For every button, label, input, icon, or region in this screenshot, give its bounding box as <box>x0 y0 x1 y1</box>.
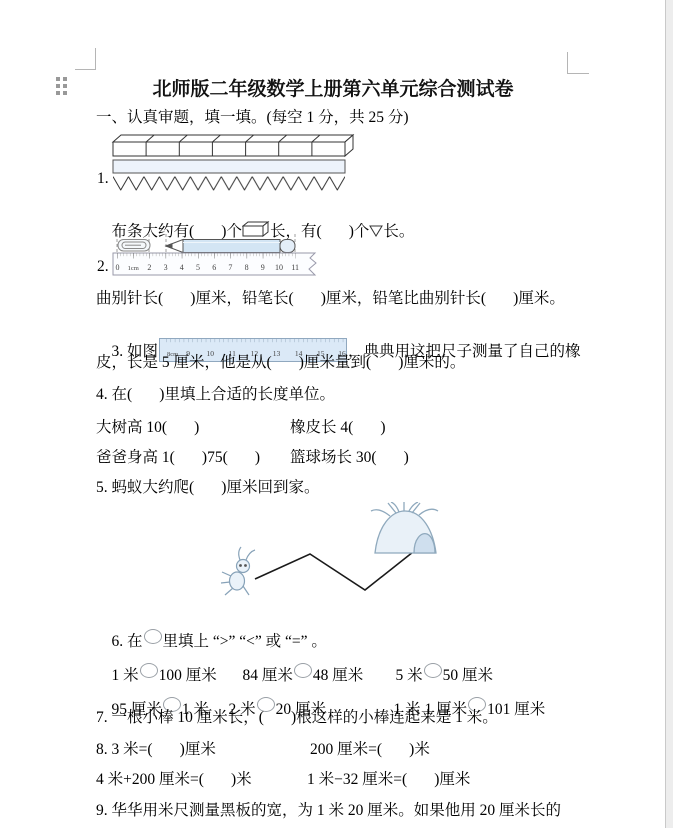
ant-icon <box>221 547 255 595</box>
bricks-strip-triangles-diagram <box>96 131 364 193</box>
ruler1-num: 7 <box>228 263 232 272</box>
ruler1-num: 8 <box>245 263 249 272</box>
q8-row2-col1: 4 米+200 厘米=( )米 <box>96 769 252 791</box>
q8-row2-col2: 1 米−32 厘米=( )厘米 <box>307 769 470 791</box>
triangle-row-icon <box>113 176 345 191</box>
ruler1-num: 11 <box>291 263 299 272</box>
cloth-strip-icon <box>113 160 345 173</box>
question-7-text: 7. 一根小棒 10 厘米长，( )根这样的小棒连起来是 1 米。 <box>96 707 498 729</box>
section-heading: 一、认真审题，填一填。(每空 1 分，共 25 分) <box>96 107 409 129</box>
nest-icon <box>371 502 438 553</box>
ruler-icon: 0 1cm 2 3 4 5 6 7 8 9 10 11 <box>113 253 316 275</box>
page-title: 北师版二年级数学上册第六单元综合测试卷 <box>0 74 666 101</box>
ruler1-num: 10 <box>275 263 283 272</box>
question-2-text: 曲别针长( )厘米，铅笔长( )厘米，铅笔比曲别针长( )厘米。 <box>96 288 565 310</box>
question-5-text: 5. 蚂蚁大约爬( )厘米回到家。 <box>96 477 319 499</box>
q4-row1-col2: 橡皮长 4( ) <box>290 417 386 439</box>
ant-nest-illustration <box>200 502 460 602</box>
q4-row2-col2: 篮球场长 30( ) <box>290 447 409 469</box>
document-page: 北师版二年级数学上册第六单元综合测试卷 一、认真审题，填一填。(每空 1 分，共… <box>0 0 673 828</box>
ruler1-num: 4 <box>180 263 184 272</box>
q8-row1-col2: 200 厘米=( )米 <box>310 739 430 761</box>
pencil-icon <box>166 240 295 253</box>
question-4-text: 4. 在( )里填上合适的长度单位。 <box>96 384 335 406</box>
question-9-text: 9. 华华用米尺测量黑板的宽，为 1 米 20 厘米。如果他用 20 厘米长的 <box>96 800 561 822</box>
q4-row2-col1: 爸爸身高 1( )75( ) <box>96 447 260 469</box>
q4-row1-col1: 大树高 10( ) <box>96 417 199 439</box>
path-line <box>255 552 413 590</box>
margin-crop-mark-right <box>567 52 589 74</box>
ruler1-num: 6 <box>212 263 216 272</box>
brick-row-icon <box>113 135 353 156</box>
margin-crop-mark-left <box>75 48 96 70</box>
ruler1-num: 0 <box>116 263 120 272</box>
ruler1-num: 1cm <box>128 265 139 272</box>
ruler1-num: 9 <box>261 263 265 272</box>
question-3-line2: 皮，长是 5 厘米，他是从( )厘米量到( )厘米的。 <box>96 352 465 374</box>
ruler1-num: 2 <box>147 263 151 272</box>
ruler1-num: 5 <box>196 263 200 272</box>
q1-text-post: 长。 <box>383 223 414 240</box>
ruler-measure-diagram: 0 1cm 2 3 4 5 6 7 8 9 10 11 <box>96 232 346 284</box>
ruler1-num: 3 <box>164 263 168 272</box>
paperclip-icon <box>118 240 150 252</box>
q8-row1-col1: 8. 3 米=( )厘米 <box>96 739 216 761</box>
triangle-icon <box>369 225 383 237</box>
scrollbar-track[interactable] <box>666 0 673 828</box>
question-3-line1: 3. 如图 8cm 9 10 11 12 13 14 15 <box>96 316 581 385</box>
